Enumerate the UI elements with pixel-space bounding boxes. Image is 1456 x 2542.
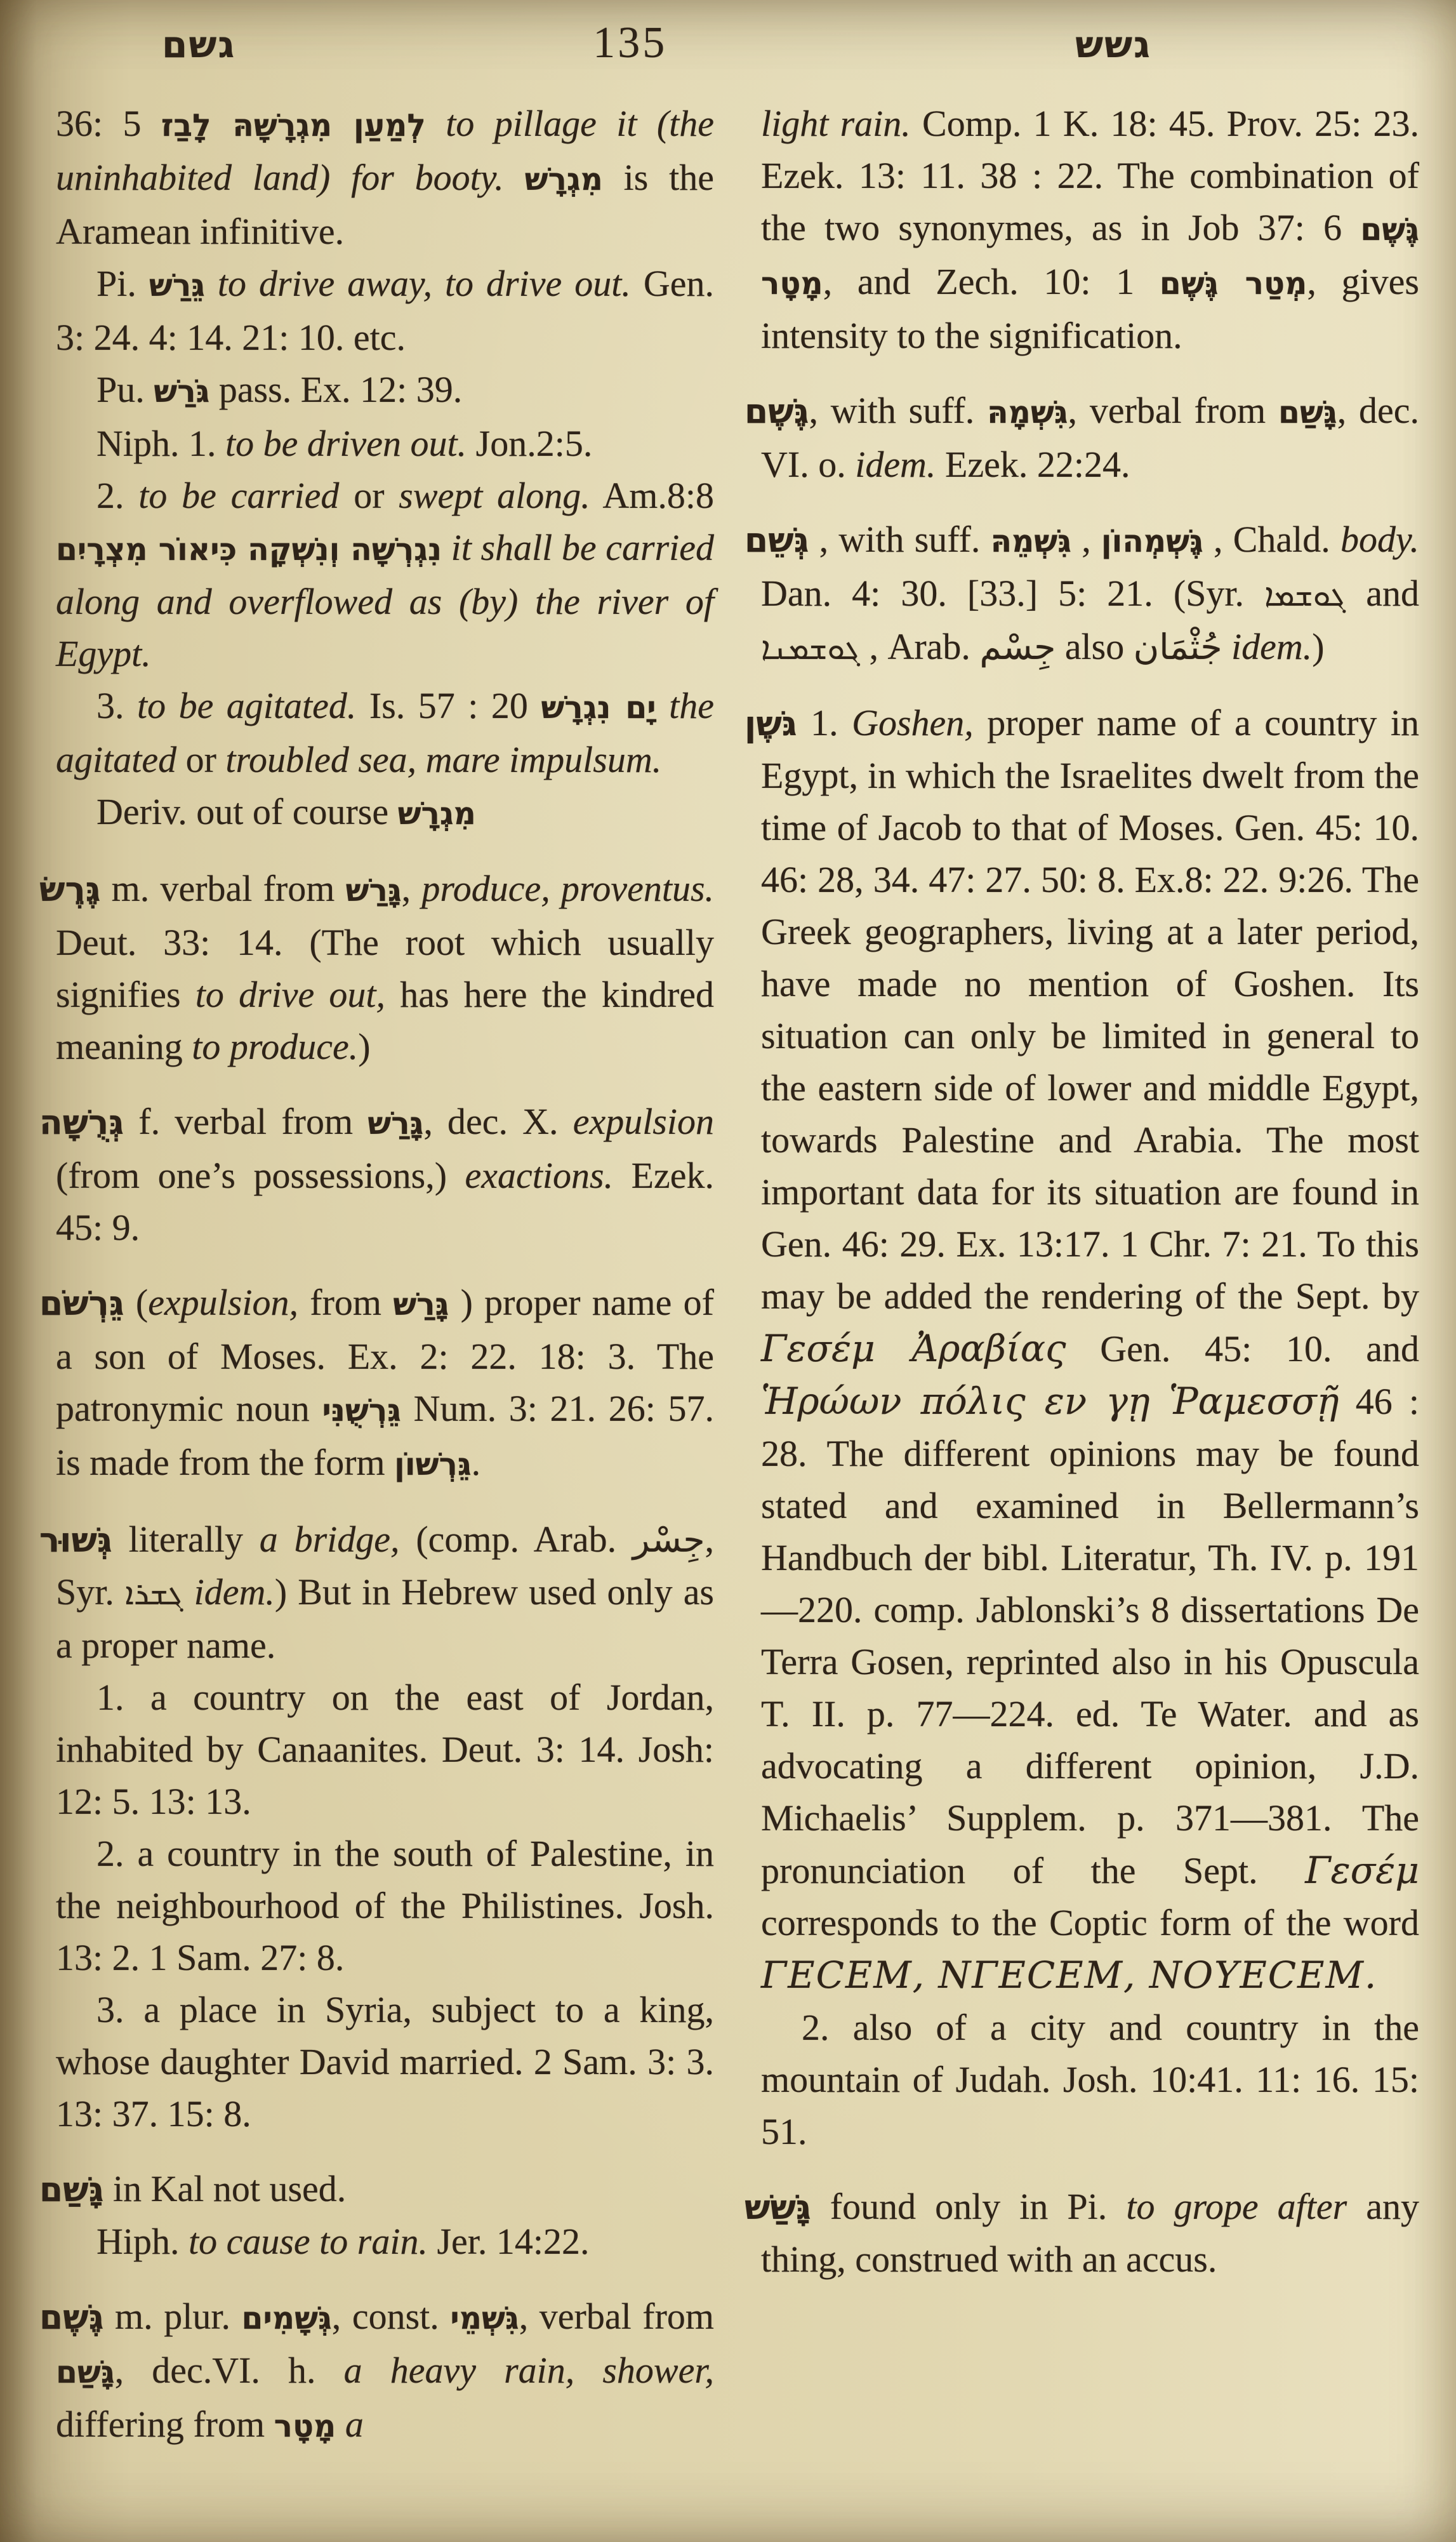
body-text: 2. a country in the south of Palestine, … (56, 1833, 714, 1978)
italic-text: to be driven out. (225, 423, 467, 464)
paragraph: Deriv. out of course מִגְרָשׁ (56, 786, 714, 840)
italic-text: a heavy rain, shower, (344, 2350, 714, 2391)
body-text: Jer. 14:22. (428, 2221, 590, 2262)
hebrew-headword: גְּשׁוּר (39, 1520, 112, 1560)
hebrew-headword: גֶּרֶשׂ (39, 869, 100, 909)
italic-text: to cause to rain. (189, 2221, 428, 2262)
body-text: Gen. 45: 10. and (1066, 1328, 1419, 1369)
paragraph: Pu. גֹּרַשׁ pass. Ex. 12: 39. (56, 364, 714, 418)
lexicon-page: גשם 135 גשש 36: 5 לְמַעַן מִגְרָשָׁהּ לָ… (0, 0, 1456, 2542)
italic-text: to drive away, to drive out. (205, 263, 631, 304)
body-text: and (1346, 573, 1419, 614)
body-text: f. verbal from (124, 1101, 367, 1142)
column-right: light rain. Comp. 1 K. 18: 45. Prov. 25:… (761, 98, 1419, 2452)
body-text: m. verbal from (100, 868, 345, 909)
italic-text: expulsion, (148, 1282, 298, 1323)
body-text: 2. also of a city and country in the mou… (761, 2007, 1419, 2152)
hebrew-text: גֵּרַשׁ (149, 268, 205, 303)
body-text: 1. (797, 702, 852, 743)
lexicon-entry: גְּרֻשָׁה f. verbal from גָּרַשׁ, dec. X… (56, 1096, 714, 1254)
body-text: Deriv. out of course (96, 791, 398, 832)
italic-text: produce, proventus. (421, 868, 714, 909)
body-text: Jon.2:5. (467, 423, 592, 464)
hebrew-text: מִגְרָשׁ (525, 162, 603, 197)
body-text: Pu. (96, 369, 154, 410)
paragraph: 2. also of a city and country in the mou… (761, 2002, 1419, 2158)
hebrew-text: מָטָר (274, 2409, 336, 2444)
lexicon-entry: גְּשֵׁם , with suff. גִּשְׁמֵהּ , גֶּשְׁ… (761, 514, 1419, 674)
lexicon-entry: גֶּשֶׁם m. plur. גְּשָׁמִים, const. גִּש… (56, 2291, 714, 2452)
italic-text: to be agitated. (137, 685, 356, 726)
body-text: , Chald. (1203, 519, 1340, 560)
hebrew-text: גָּשַׁם (56, 2355, 115, 2390)
body-text: Am.8:8 (590, 475, 714, 516)
body-text: 2. (96, 475, 138, 516)
header-word-left: גשם (162, 23, 235, 66)
italic-text: exactions. (465, 1155, 614, 1196)
body-text: , verbal from (1068, 390, 1279, 431)
hebrew-text: גָּרַשׁ (346, 873, 402, 908)
syriac-text: ܓܫܪܐ (125, 1575, 183, 1612)
hebrew-headword: גָּשַׁשׁ (745, 2187, 811, 2227)
italic-text: expulsion (573, 1101, 714, 1142)
body-text: , (402, 868, 422, 909)
hebrew-headword: גְּשֵׁם (745, 520, 809, 560)
body-text: ) (1312, 626, 1324, 667)
italic-text: light rain. (761, 103, 911, 144)
hebrew-headword: גּשֶׁן (745, 703, 797, 743)
arabic-text: جُثْمَان (1134, 627, 1222, 667)
body-text: 3. (96, 685, 137, 726)
hebrew-text: יָם נִגְרָשׁ (541, 690, 656, 726)
paragraph: Niph. 1. to be driven out. Jon.2:5. (56, 418, 714, 470)
body-text: Niph. 1. (96, 423, 225, 464)
lexicon-entry: גּשֶׁן 1. Goshen, proper name of a count… (761, 697, 1419, 2002)
greek-text: Γεσέμ (1305, 1849, 1419, 1892)
body-text: (comp. Arab. (400, 1519, 633, 1560)
page-header: גשם 135 גשש (0, 0, 1456, 69)
hebrew-text: לְמַעַן מִגְרָשָׁהּ לָבַז (161, 108, 426, 143)
syriac-text: ܓܘܫܡܢܐ (761, 630, 860, 667)
body-text: , (1071, 519, 1101, 560)
body-text: literally (112, 1519, 260, 1560)
paragraph: Pi. גֵּרַשׁ to drive away, to drive out.… (56, 258, 714, 364)
hebrew-text: גִּשְׁמָהּ (987, 395, 1068, 430)
body-text: m. plur. (103, 2296, 241, 2337)
paragraph: 2. a country in the south of Palestine, … (56, 1828, 714, 1984)
header-word-right: גשש (1075, 23, 1151, 66)
body-text: also (1056, 626, 1133, 667)
body-text: Pi. (96, 263, 149, 304)
italic-text: Goshen, (852, 702, 974, 743)
body-text: , Arab. (860, 626, 979, 667)
body-text: from (298, 1282, 393, 1323)
italic-text: body. (1340, 519, 1419, 560)
body-text: , const. (332, 2296, 451, 2337)
body-text: ( (124, 1282, 149, 1323)
body-text: or (339, 475, 399, 516)
italic-text: to produce. (192, 1026, 358, 1067)
hebrew-text: גִּשְׁמֵי (450, 2301, 519, 2336)
body-text: or (176, 739, 225, 780)
body-text: Dan. 4: 30. [33.] 5: 21. (Syr. (761, 573, 1264, 614)
body-text: pass. Ex. 12: 39. (209, 369, 462, 410)
italic-text: idem. (194, 1571, 275, 1613)
hebrew-text: גֵּרְשֻׁנִּי (322, 1393, 400, 1428)
hebrew-headword: גֶּשֶׁם (745, 391, 809, 431)
syriac-text: ܓܘܫܡܐ (1264, 576, 1346, 613)
paragraph: 3. a place in Syria, subject to a king, … (56, 1984, 714, 2140)
body-text: , with suff. (809, 519, 990, 560)
italic-text: a bridge, (260, 1519, 400, 1560)
page-number: 135 (593, 18, 667, 69)
italic-text: to drive out, (195, 974, 385, 1015)
body-text: , verbal from (519, 2296, 714, 2337)
hebrew-text: גֵּרְשׁוֹן (394, 1447, 472, 1482)
paragraph: light rain. Comp. 1 K. 18: 45. Prov. 25:… (761, 98, 1419, 362)
italic-text: to grope after (1126, 2186, 1347, 2227)
body-text: 36: 5 (56, 103, 161, 144)
hebrew-text: גְּשָׁמִים (242, 2301, 332, 2336)
body-text: , with suff. (809, 390, 987, 431)
italic-text: idem. (855, 444, 936, 485)
body-text: found only in Pi. (811, 2186, 1127, 2227)
arabic-text: جِسْر (633, 1519, 705, 1560)
hebrew-text: גָּרַשׁ (393, 1287, 449, 1322)
body-text: , and Zech. 10: 1 (823, 261, 1160, 302)
lexicon-entry: גֶּרֶשׂ m. verbal from גָּרַשׁ, produce,… (56, 863, 714, 1073)
hebrew-headword: גָּשַׁם (39, 2169, 103, 2209)
arabic-text: جِسْم (979, 627, 1056, 667)
body-text: . (472, 1442, 481, 1483)
body-text: , dec.VI. h. (115, 2350, 344, 2391)
greek-text: Ἡρώων πόλις εν γῃ Ῥαμεσσῇ (761, 1380, 1339, 1423)
body-text: 1. a country on the east of Jordan, inha… (56, 1677, 714, 1822)
body-text (656, 685, 669, 726)
body-text (183, 1571, 194, 1613)
hebrew-headword: גֵּרְשֹׁם (39, 1283, 124, 1323)
body-text: Ezek. 22:24. (936, 444, 1130, 485)
body-text: ) (358, 1026, 370, 1067)
italic-text: a (345, 2404, 364, 2445)
body-text: (from one’s possessions,) (56, 1155, 465, 1196)
body-text: Is. 57 : 20 (356, 685, 541, 726)
paragraph: 3. to be agitated. Is. 57 : 20 יָם נִגְר… (56, 680, 714, 786)
coptic-text: ΓΕCΕΜ, ΝΓΕCΕΜ, ΝΟΥΕCΕΜ. (761, 1953, 1377, 1997)
lexicon-entry: גָּשַׁם in Kal not used. (56, 2163, 714, 2216)
column-left: 36: 5 לְמַעַן מִגְרָשָׁהּ לָבַז to pilla… (56, 98, 714, 2452)
paragraph: 2. to be carried or swept along. Am.8:8 … (56, 470, 714, 680)
body-text: differing from (56, 2404, 274, 2445)
body-text: 46 : 28. The different opinions may be f… (761, 1381, 1419, 1891)
paragraph: Hiph. to cause to rain. Jer. 14:22. (56, 2216, 714, 2268)
body-text: , dec. X. (423, 1101, 572, 1142)
body-text (1222, 626, 1232, 667)
hebrew-text: גֹּרַשׁ (154, 374, 209, 409)
italic-text: to be carried (138, 475, 339, 516)
paragraph: 36: 5 לְמַעַן מִגְרָשָׁהּ לָבַז to pilla… (56, 98, 714, 258)
hebrew-text: גָּרַשׁ (367, 1106, 423, 1141)
italic-text: idem. (1231, 626, 1312, 667)
hebrew-headword: גְּרֻשָׁה (39, 1102, 124, 1142)
body-text: proper name of a country in Egypt, in wh… (761, 702, 1419, 1317)
body-text: corresponds to the Coptic form of the wo… (761, 1902, 1419, 1943)
text-columns: 36: 5 לְמַעַן מִגְרָשָׁהּ לָבַז to pilla… (0, 98, 1456, 2452)
hebrew-text: גֶּשְׁמְהוֹן (1101, 524, 1203, 559)
italic-text: swept along. (399, 475, 590, 516)
hebrew-headword: גֶּשֶׁם (39, 2297, 103, 2337)
hebrew-text: גָּשַׁם (1278, 395, 1337, 430)
paragraph: 1. a country on the east of Jordan, inha… (56, 1672, 714, 1828)
lexicon-entry: גָּשַׁשׁ found only in Pi. to grope afte… (761, 2181, 1419, 2286)
body-text: in Kal not used. (103, 2168, 346, 2209)
italic-text: troubled sea, mare impulsum. (225, 739, 661, 780)
body-text: Hiph. (96, 2221, 189, 2262)
body-text (336, 2404, 345, 2445)
greek-text: Γεσέμ Ἀραβίας (761, 1327, 1066, 1370)
hebrew-text: גִּשְׁמֵהּ (991, 524, 1071, 559)
lexicon-entry: גֶּשֶׁם, with suff. גִּשְׁמָהּ, verbal f… (761, 385, 1419, 491)
hebrew-text: מְטַר גֶּשֶׁם (1160, 266, 1307, 302)
lexicon-entry: גֵּרְשֹׁם (expulsion, from גָּרַשׁ ) pro… (56, 1277, 714, 1491)
body-text: 3. a place in Syria, subject to a king, … (56, 1989, 714, 2134)
hebrew-text: מִגְרָשׁ (398, 796, 476, 832)
hebrew-text: נִגְרְשָׁה וְנִשְׁקָה כִּיאוֹר מִצְרָיִם (56, 532, 442, 568)
lexicon-entry: גְּשׁוּר literally a bridge, (comp. Arab… (56, 1514, 714, 1672)
